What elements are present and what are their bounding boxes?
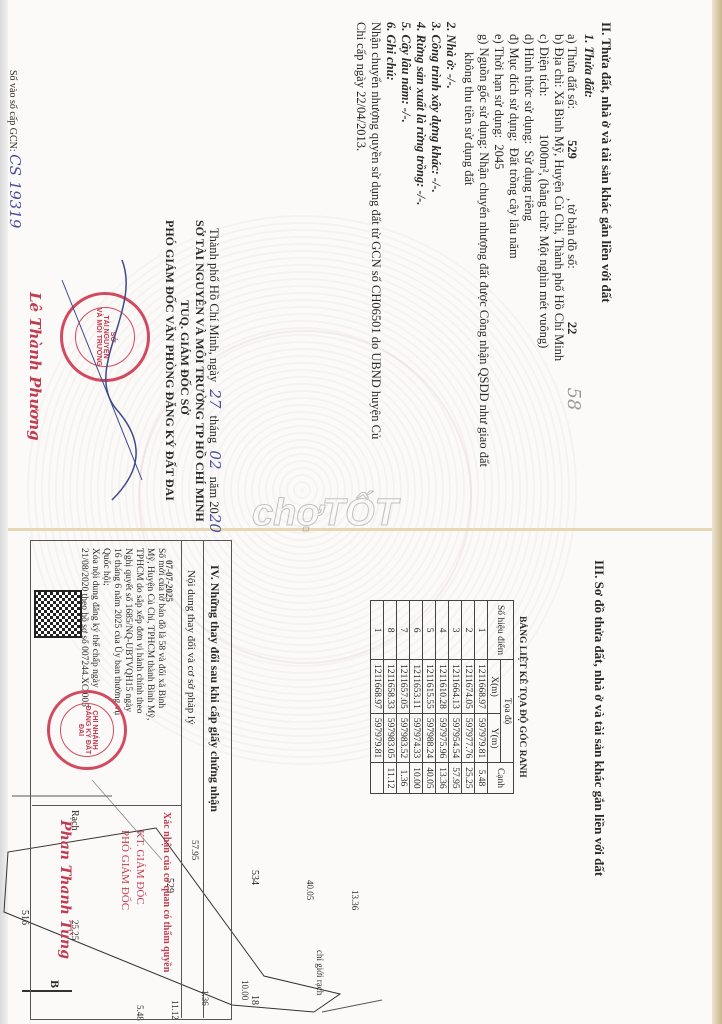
parcel-number: 529 <box>565 140 579 159</box>
authority: SỞ TÀI NGUYÊN VÀ MÔI TRƯỜNG TP HỒ CHÍ MI… <box>192 220 207 522</box>
change-text-line: TPHCM do sắp xếp đơn vị hành chính theo <box>133 548 144 720</box>
table-row: 61211653.11597974.3310.00 <box>410 601 423 794</box>
other-construction: 3. Công trình xây dựng khác: -/-. <box>428 22 443 193</box>
watermark: chợTỐT <box>252 492 398 535</box>
handwritten-map-number: 58 <box>563 388 584 411</box>
col-coords: Tọa độ <box>501 660 514 763</box>
register-label: Số vào sổ cấp GCN: <box>7 70 18 152</box>
cell-y: 597983.52 <box>397 713 410 762</box>
col-x: X(m) <box>488 660 501 714</box>
perennial-trees: 5. Cây lâu năm: -/-. <box>398 22 413 123</box>
col-edge: Cạnh <box>488 763 514 793</box>
label-parcel-inner: 534 <box>247 870 262 885</box>
cell-y: 597979.81 <box>475 713 488 762</box>
cell-point: 1 <box>475 601 488 660</box>
confirm-signer: Phan Thanh Tùng <box>57 820 72 959</box>
cell-y: 597954.54 <box>449 713 462 762</box>
notes-line-1: Nhận chuyển nhượng quyền sử dụng đất từ … <box>368 22 383 439</box>
section-iii-title: III. Sơ đồ thửa đất, nhà ở và tài sản kh… <box>592 560 607 876</box>
section-iv-column-divider <box>32 805 182 806</box>
cell-x: 1211610.28 <box>436 660 449 714</box>
use-term: e) Thời hạn sử dụng: 2045 <box>491 34 506 169</box>
cell-x: 1211615.55 <box>423 660 436 714</box>
table-row: 81211658.33597983.0511.12 <box>384 601 397 794</box>
notes-heading: 6. Ghi chú: <box>383 22 398 81</box>
map-sheet-label: , tờ bản đồ số: <box>565 198 579 269</box>
confirm-header: Xác nhận của cơ quan có thẩm quyền <box>159 812 174 972</box>
qr-code <box>34 590 82 638</box>
place-date-row: Thành phố Hồ Chí Minh, ngày 27 tháng 02 … <box>206 228 222 533</box>
cell-edge: 1.36 <box>397 763 410 793</box>
cell-y: 597983.05 <box>384 713 397 762</box>
cell-point: 1 <box>371 601 384 660</box>
cell-y: 597977.76 <box>462 713 475 762</box>
sign-year-suffix: 20 <box>206 514 224 533</box>
cell-point: 8 <box>384 601 397 660</box>
label-edge-6: 10.00 <box>237 980 252 1000</box>
table-row: 11211668.97597979.81 <box>371 601 384 794</box>
change-text-line: Nghị quyết số 1685/NQ-UBTVQH15 ngày <box>122 548 133 720</box>
cell-x: 1211658.33 <box>384 660 397 714</box>
use-purpose: đ) Mục đích sử dụng: Đất trồng cây lâu n… <box>506 34 521 259</box>
section-iv-title: IV. Những thay đổi sau khi cấp giấy chứn… <box>207 565 222 812</box>
year-label: năm 20 <box>207 477 221 514</box>
cell-point: 3 <box>449 601 462 660</box>
col-y: Y(m) <box>488 713 501 762</box>
stamp-line: ĐĂNG KÝ ĐẤT ĐAI <box>77 704 91 756</box>
cell-point: 6 <box>410 601 423 660</box>
branch-stamp-inner: CHI NHÁNH ĐĂNG KÝ ĐẤT ĐAI <box>60 703 114 757</box>
confirm-position: PHÓ GIÁM ĐỐC <box>117 830 132 910</box>
cell-x: 1211668.97 <box>475 660 488 714</box>
signer-name: Lê Thành Phương <box>27 292 42 441</box>
change-text-line: 16 tháng 6 năm 2025 của Ủy ban thường vụ <box>111 548 122 720</box>
confirm-on-behalf: KT. GIÁM ĐỐC <box>132 830 147 905</box>
cell-point: 7 <box>397 601 410 660</box>
cell-x: 1211668.97 <box>371 660 384 714</box>
coordinates-table-body: 11211668.97597979.815.4821211674.0559797… <box>371 601 488 794</box>
map-sheet-number: 22 <box>565 322 579 335</box>
sign-day: 27 <box>206 389 224 408</box>
table-row: 41211610.28597975.9613.36 <box>436 601 449 794</box>
stamp-line: CHI NHÁNH <box>91 710 98 749</box>
register-number-row: Số vào sổ cấp GCN: CS 19319 <box>5 70 22 228</box>
cell-x: 1211664.13 <box>449 660 462 714</box>
on-behalf: TUQ. GIÁM ĐỐC SỞ <box>177 300 192 415</box>
label-canal-boundary: chỉ giới rạch <box>312 950 327 995</box>
label-edge-5: 40.05 <box>302 880 317 900</box>
section-ii-title: II. Thửa đất, nhà ở và tài sản khác gắn … <box>599 22 614 303</box>
notes-line-2: Chi cấp ngày 22/04/2013. <box>353 22 368 151</box>
address: b) Địa chỉ: Xã Bình Mỹ, Huyện Củ Chi, Th… <box>551 34 566 361</box>
cell-point: 2 <box>462 601 475 660</box>
land-heading: 1. Thửa đất: <box>581 34 596 98</box>
table-row: 11211668.97597979.815.48 <box>475 601 488 794</box>
section-iv-divider-2 <box>181 540 182 1018</box>
register-number: CS 19319 <box>6 154 24 228</box>
table-row: 51211615.55597988.2440.05 <box>423 601 436 794</box>
coordinates-table-title: BẢNG LIỆT KÊ TỌA ĐỘ GÓC RANH <box>514 600 527 794</box>
change-text-line: Số mới của tờ bản đồ là 58 và đổi xã Bìn… <box>155 548 166 720</box>
signature-scribble-1 <box>32 250 162 510</box>
cell-y: 597974.33 <box>410 713 423 762</box>
sign-month: 02 <box>206 450 224 469</box>
col-point: Số hiệu điểm <box>488 601 514 660</box>
use-form: d) Hình thức sử dụng: Sử dụng riêng <box>521 34 536 221</box>
cell-x: 1211674.05 <box>462 660 475 714</box>
change-text-line: Mỹ, Huyện Củ Chi, TPHCM thành Bình Mỹ, <box>144 548 155 720</box>
cell-edge: 13.36 <box>436 763 449 793</box>
table-row: 31211664.13597954.5457.95 <box>449 601 462 794</box>
parcel-row: a) Thửa đất số: 529 , tờ bản đồ số: 22 5… <box>564 34 581 410</box>
cell-edge: 57.95 <box>449 763 462 793</box>
cell-edge: 25.25 <box>462 763 475 793</box>
area: c) Diện tích: 1000m², (bằng chữ: Một ngh… <box>536 34 551 348</box>
table-row: 71211657.05597983.521.36 <box>397 601 410 794</box>
origin-line-2: không thu tiền sử dụng đất <box>461 52 476 186</box>
cell-point: 4 <box>436 601 449 660</box>
cell-x: 1211653.11 <box>410 660 423 714</box>
cell-edge: 40.05 <box>423 763 436 793</box>
production-forest: 4. Rừng sản xuất là rừng trồng: -/-. <box>413 22 428 205</box>
parcel-label: a) Thửa đất số: <box>565 34 579 109</box>
cell-y: 597988.24 <box>423 713 436 762</box>
cell-y: 597975.96 <box>436 713 449 762</box>
origin-line-1: g) Nguồn gốc sử dụng: Nhận chuyển nhượng… <box>476 34 491 467</box>
land-certificate-page: Số vào sổ cấp GCN: CS 19319 II. Thửa đất… <box>0 0 722 1024</box>
cell-y: 597979.81 <box>371 713 384 762</box>
coordinates-table: BẢNG LIỆT KÊ TỌA ĐỘ GÓC RANH Số hiệu điể… <box>370 600 527 794</box>
cell-point: 5 <box>423 601 436 660</box>
month-label: tháng <box>207 416 221 444</box>
cell-x: 1211657.05 <box>397 660 410 714</box>
label-edge-4: 13.36 <box>347 890 362 910</box>
section-iv-divider <box>203 540 204 1018</box>
position: PHÓ GIÁM ĐỐC VĂN PHÒNG ĐĂNG KÝ ĐẤT ĐAI <box>162 220 177 501</box>
table-row: 21211674.05597977.7625.25 <box>462 601 475 794</box>
branch-stamp: CHI NHÁNH ĐĂNG KÝ ĐẤT ĐAI <box>47 690 127 770</box>
house: 2. Nhà ở: -/-. <box>443 22 458 89</box>
paper-edge-top <box>712 0 722 1024</box>
cell-edge: 5.48 <box>475 763 488 793</box>
section-iv-column-header: Nội dung thay đổi và cơ sở pháp lý <box>183 570 198 725</box>
place-date: Thành phố Hồ Chí Minh, ngày <box>207 228 221 382</box>
cell-edge: 10.00 <box>410 763 423 793</box>
